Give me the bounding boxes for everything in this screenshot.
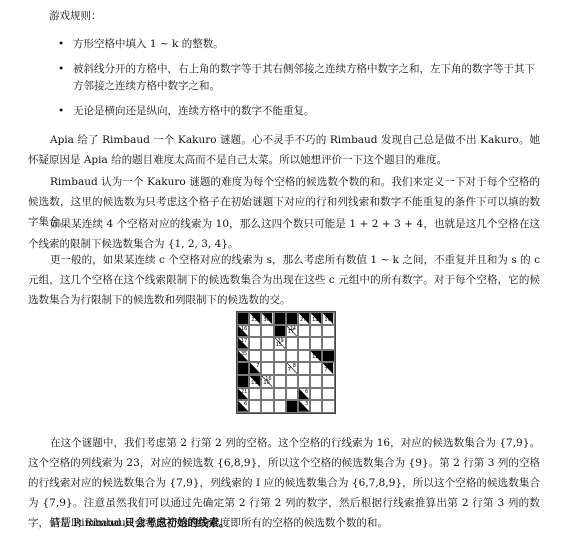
row-clue: 7 [256, 364, 259, 369]
column-clue: 11 [251, 381, 257, 386]
column-clue: 23 [251, 318, 257, 323]
clue-cell: 16 [237, 325, 249, 338]
column-clue: 15 [276, 343, 282, 348]
black-cell [274, 312, 286, 325]
black-cell [237, 362, 249, 375]
empty-cell [286, 388, 298, 401]
row-clue: 17 [241, 339, 247, 344]
clue-cell: 3 [298, 400, 310, 413]
column-clue: 16 [324, 318, 330, 323]
clue-cell: 35 [237, 350, 249, 363]
row-clue: 16 [241, 327, 247, 332]
clue-cell: 17 [237, 337, 249, 350]
empty-cell [274, 350, 286, 363]
empty-cell [261, 388, 273, 401]
rule-item: 被斜线分开的方格中，右上角的数字等于其右侧邻接之连续方格中数字之和，左下角的数字… [58, 61, 538, 95]
clue-cell: 12 [310, 350, 322, 363]
empty-cell [286, 350, 298, 363]
empty-cell [249, 400, 261, 413]
clue-cell: 7 [249, 362, 261, 375]
clue-cell: 1610 [261, 375, 273, 388]
clue-cell: 7 [322, 362, 334, 375]
empty-cell [274, 362, 286, 375]
empty-cell [249, 388, 261, 401]
row-clue: 8 [293, 364, 296, 369]
clue-cell: 21 [237, 388, 249, 401]
clue-cell: 11 [249, 375, 261, 388]
black-cell [237, 375, 249, 388]
clue-cell: 30 [261, 312, 273, 325]
black-cell [286, 312, 298, 325]
row-clue: 35 [241, 352, 247, 357]
empty-cell [249, 325, 261, 338]
empty-cell [298, 350, 310, 363]
empty-cell [322, 337, 334, 350]
paragraph-example: 如果某连续 4 个空格对应的线索为 10，那么这四个数只可能是 1 + 2 + … [28, 214, 540, 254]
rule-item: 无论是横向还是纵向，连续方格中的数字不能重复。 [58, 103, 538, 120]
empty-cell [286, 375, 298, 388]
paragraph-task: 请帮助 Rimbaud 求出这个谜题的难度即所有的空格的候选数个数的和。 [28, 513, 540, 533]
rules-list: 方形空格中填入 1 ~ k 的整数。 被斜线分开的方格中，右上角的数字等于其右侧… [58, 36, 538, 128]
clue-cell: 2417 [286, 325, 298, 338]
empty-cell [310, 375, 322, 388]
empty-cell [298, 375, 310, 388]
empty-cell [261, 350, 273, 363]
clue-cell: 2915 [274, 337, 286, 350]
empty-cell [322, 400, 334, 413]
paragraph-general: 更一般的，如果某连续 c 个空格对应的线索为 s，那么考虑所有数值 1 ~ k … [28, 250, 540, 310]
column-clue: 17 [288, 330, 294, 335]
empty-cell [261, 325, 273, 338]
column-clue: 10 [263, 381, 269, 386]
empty-cell [322, 375, 334, 388]
black-cell [237, 312, 249, 325]
row-clue: 21 [241, 390, 247, 395]
empty-cell [274, 400, 286, 413]
black-cell [322, 350, 334, 363]
row-clue: 6 [244, 402, 247, 407]
row-clue: 3 [305, 402, 308, 407]
empty-cell [261, 337, 273, 350]
clue-cell: 6 [237, 400, 249, 413]
empty-cell [249, 337, 261, 350]
column-clue: 12 [312, 355, 318, 360]
empty-cell [322, 325, 334, 338]
empty-cell [310, 388, 322, 401]
empty-cell [298, 362, 310, 375]
black-cell [286, 400, 298, 413]
empty-cell [310, 400, 322, 413]
black-cell [274, 325, 286, 338]
empty-cell [274, 388, 286, 401]
clue-cell: 27 [298, 312, 310, 325]
clue-cell: 6 [298, 388, 310, 401]
empty-cell [249, 350, 261, 363]
empty-cell [310, 362, 322, 375]
empty-cell [261, 400, 273, 413]
paragraph-intro: Apia 给了 Rimbaud 一个 Kakuro 谜题。心不灵手不巧的 Rim… [28, 130, 540, 170]
empty-cell [286, 337, 298, 350]
empty-cell [310, 325, 322, 338]
clue-cell: 16 [322, 312, 334, 325]
empty-cell [274, 375, 286, 388]
empty-cell [310, 337, 322, 350]
clue-cell: 87 [286, 362, 298, 375]
rule-item: 方形空格中填入 1 ~ k 的整数。 [58, 36, 538, 53]
empty-cell [322, 388, 334, 401]
rules-heading: 游戏规则： [49, 8, 102, 23]
column-clue: 27 [300, 318, 306, 323]
clue-cell: 23 [249, 312, 261, 325]
row-clue: 6 [305, 390, 308, 395]
empty-cell [298, 325, 310, 338]
column-clue: 7 [288, 368, 291, 373]
kakuro-grid: 2330271216162417172915351278771116102166… [236, 311, 336, 414]
clue-cell: 12 [310, 312, 322, 325]
column-clue: 30 [263, 318, 269, 323]
column-clue: 7 [324, 368, 327, 373]
empty-cell [298, 337, 310, 350]
empty-cell [261, 362, 273, 375]
column-clue: 12 [312, 318, 318, 323]
